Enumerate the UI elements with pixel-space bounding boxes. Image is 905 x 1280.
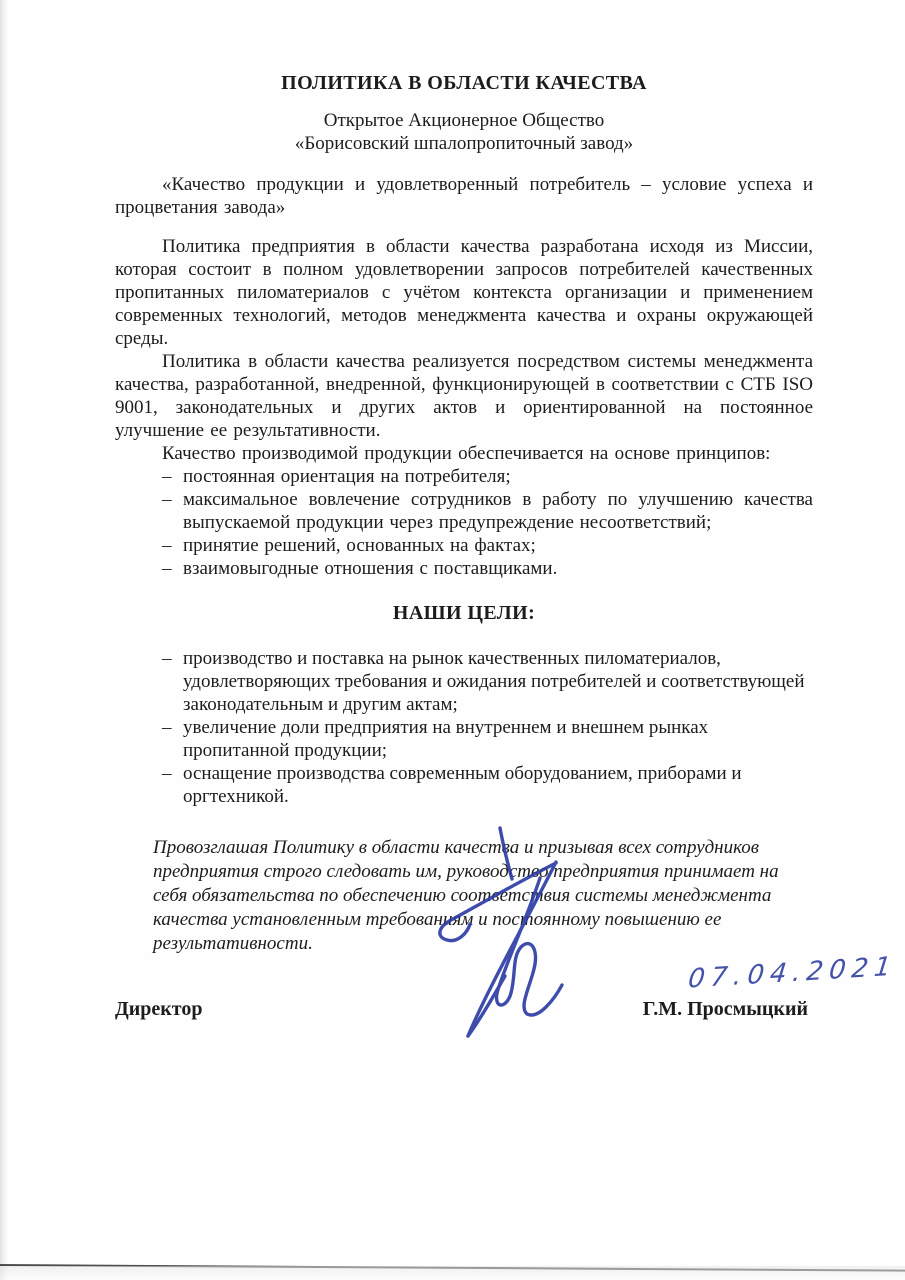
commitment-paragraph: Провозглашая Политику в области качества… [153, 836, 803, 956]
principle-item-text: постоянная ориентация на потребителя; [183, 466, 511, 487]
principle-item: – постоянная ориентация на потребителя; [115, 465, 813, 488]
scan-edge-bottom-shade [0, 1266, 905, 1280]
signature-row: Директор Г.М. Просмыцкий [115, 998, 813, 1021]
dash-marker: – [162, 762, 172, 785]
goal-item: – производство и поставка на рынок качес… [115, 647, 813, 716]
principle-item-text: принятие решений, основанных на фактах; [183, 535, 536, 556]
organization-type: Открытое Акционерное Общество [115, 109, 813, 132]
system-paragraph: Политика в области качества реализуется … [115, 350, 813, 442]
principle-item-text: взаимовыгодные отношения с поставщиками. [183, 558, 557, 579]
dash-marker: – [162, 647, 172, 670]
dash-marker: – [162, 465, 172, 488]
principles-list: – постоянная ориентация на потребителя; … [115, 465, 813, 580]
principles-intro: Качество производимой продукции обеспечи… [115, 442, 813, 465]
scanned-document-page: ПОЛИТИКА В ОБЛАСТИ КАЧЕСТВА Открытое Акц… [0, 0, 905, 1280]
dash-marker: – [162, 716, 172, 739]
goal-item-text: производство и поставка на рынок качеств… [183, 648, 805, 715]
goal-item: – увеличение доли предприятия на внутрен… [115, 716, 813, 762]
goal-item-text: увеличение доли предприятия на внутренне… [183, 717, 708, 761]
principle-item: – взаимовыгодные отношения с поставщикам… [115, 557, 813, 580]
organization-name: «Борисовский шпалопропиточный завод» [115, 132, 813, 155]
principle-item-text: максимальное вовлечение сотрудников в ра… [183, 489, 813, 533]
dash-marker: – [162, 488, 172, 511]
document-title: ПОЛИТИКА В ОБЛАСТИ КАЧЕСТВА [115, 72, 813, 95]
scan-edge-left-artifact [0, 0, 8, 1280]
goals-heading: НАШИ ЦЕЛИ: [115, 602, 813, 625]
principle-item: – максимальное вовлечение сотрудников в … [115, 488, 813, 534]
goal-item: – оснащение производства современным обо… [115, 762, 813, 808]
quality-slogan: «Качество продукции и удовлетворенный по… [115, 173, 813, 219]
dash-marker: – [162, 557, 172, 580]
document-content: ПОЛИТИКА В ОБЛАСТИ КАЧЕСТВА Открытое Акц… [115, 72, 813, 1021]
dash-marker: – [162, 534, 172, 557]
mission-paragraph: Политика предприятия в области качества … [115, 235, 813, 350]
signature-role: Директор [115, 998, 203, 1021]
goal-item-text: оснащение производства современным обору… [183, 763, 742, 807]
goals-list: – производство и поставка на рынок качес… [115, 647, 813, 808]
principle-item: – принятие решений, основанных на фактах… [115, 534, 813, 557]
organization-block: Открытое Акционерное Общество «Борисовск… [115, 109, 813, 155]
signature-name: Г.М. Просмыцкий [643, 998, 808, 1021]
